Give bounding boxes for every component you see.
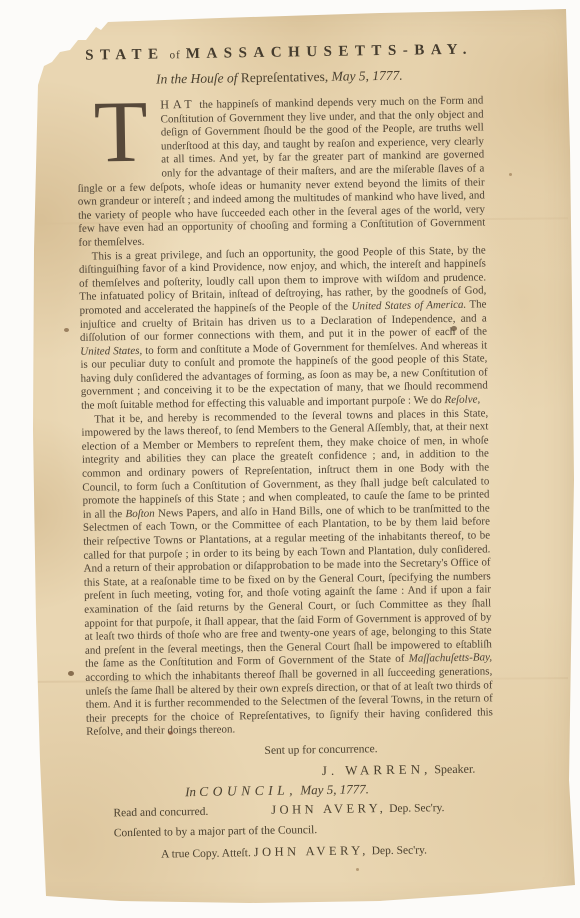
sent-up-line: Sent up for concurrence. <box>264 741 493 758</box>
paragraph-3-italic-massachusetts-bay: Maſſachuſetts-Bay, <box>409 652 493 665</box>
paper-stain <box>64 328 69 332</box>
council-word: COUNCIL, <box>199 782 297 799</box>
document-content: STATEofMASSACHUSETTS-BAY. In the Houſe o… <box>75 41 495 862</box>
read-concurred-line: Read and concurred. JOHN AVERY, Dep. Sec… <box>87 800 494 820</box>
true-copy-text: A true Copy. <box>161 848 220 861</box>
document-paper: STATEofMASSACHUSETTS-BAY. In the Houſe o… <box>0 0 580 918</box>
paragraph-3-text: according to which the inhabitants there… <box>85 665 493 738</box>
paragraph-1: THAT the happineſs of mankind depends ve… <box>76 93 485 250</box>
speaker-name: J. WARREN, <box>322 761 432 778</box>
read-concurred-text: Read and concurred. <box>113 806 208 819</box>
document-title: STATEofMASSACHUSETTS-BAY. <box>75 41 482 64</box>
paragraph-2-text: to form and conſtitute a Mode of Governm… <box>80 339 488 412</box>
paragraph-3: That it be, and hereby is recommended to… <box>81 407 493 740</box>
title-word-massachusetts-bay: MASSACHUSETTS-BAY. <box>186 42 473 63</box>
paper-stain <box>356 868 359 871</box>
attest-secretary-name: JOHN AVERY, <box>254 843 369 859</box>
attest-secretary-role: Dep. Sec'ry. <box>372 844 427 857</box>
paper-stain <box>509 173 512 176</box>
council-date: May 5, 1777. <box>300 781 369 797</box>
paragraph-2-italic-united-states: United States, <box>80 344 142 357</box>
dateline-representatives: Repreſentatives, <box>241 69 329 85</box>
secretary-signature: JOHN AVERY, Dep. Sec'ry. <box>271 802 444 817</box>
secretary-name: JOHN AVERY, <box>271 801 386 817</box>
paragraph-1-lead: HAT <box>160 97 196 112</box>
closing-block: Sent up for concurrence. J. WARREN, Spea… <box>86 741 495 862</box>
paragraph-2-italic-united-states-of-america: United States of America. <box>351 299 466 313</box>
paragraph-3-italic-boston: Boſton <box>125 507 155 519</box>
title-word-state: STATE <box>85 46 165 63</box>
paper-stain <box>68 671 74 676</box>
body-text: THAT the happineſs of mankind depends ve… <box>76 93 493 739</box>
scanned-broadside-scene: STATEofMASSACHUSETTS-BAY. In the Houſe o… <box>0 0 580 918</box>
title-word-of: of <box>165 49 186 61</box>
true-copy-line: A true Copy. Atteſt. JOHN AVERY, Dep. Se… <box>161 842 495 861</box>
speaker-signature-line: J. WARREN, Speaker. <box>322 761 494 778</box>
dateline-date: May 5, 1777. <box>331 68 402 84</box>
council-dateline: In COUNCIL, May 5, 1777. <box>185 780 494 798</box>
speaker-role: Speaker. <box>434 762 475 777</box>
paragraph-2: This is a great privilege, and ſuch an o… <box>79 244 489 413</box>
drop-cap-T: T <box>85 102 156 169</box>
council-in: In <box>185 784 196 799</box>
paragraph-2-italic-resolve: Reſolve, <box>444 394 480 407</box>
consented-line: Conſented to by a major part of the Coun… <box>114 821 495 840</box>
paragraph-3-text: News Papers, and alſo in Hand Bills, one… <box>83 502 492 670</box>
attest-word: Atteſt. <box>222 847 251 859</box>
secretary-role: Dep. Sec'ry. <box>389 802 444 815</box>
dateline-house: In the Houſe of <box>156 70 238 86</box>
